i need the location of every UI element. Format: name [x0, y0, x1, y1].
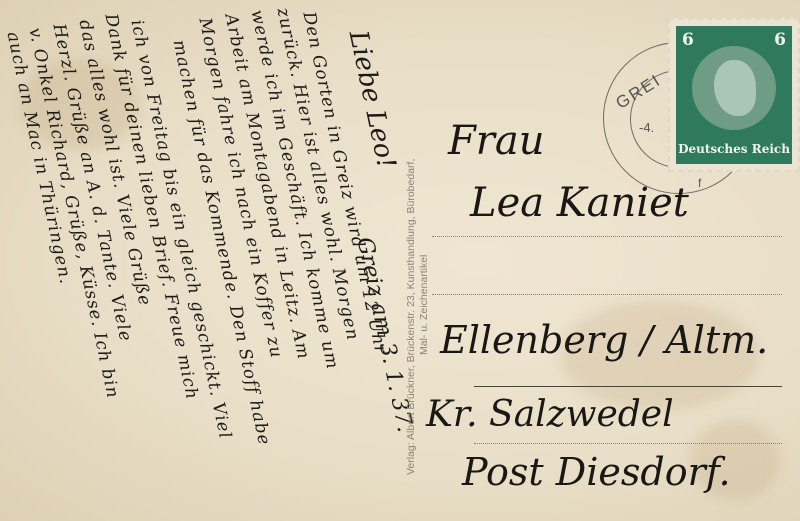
address-rule — [474, 443, 782, 444]
address-line-1: Ellenberg / Altm. — [440, 318, 768, 362]
address-name: Lea Kaniet — [470, 180, 689, 226]
address-line-2: Kr. Salzwedel — [426, 394, 674, 435]
postage-stamp: 6 6 Deutsches Reich — [668, 18, 800, 172]
postmark-date: -4. — [639, 120, 654, 135]
address-salutation: Frau — [448, 118, 544, 164]
stamp-portrait-icon — [692, 46, 776, 130]
postcard-back: Liebe Leo! Greiz am 3. 1. 37. Den Gorten… — [0, 0, 800, 521]
stamp-country: Deutsches Reich — [676, 142, 792, 156]
handwritten-message: Liebe Leo! Greiz am 3. 1. 37. Den Gorten… — [0, 0, 360, 521]
postmark-code: f — [698, 176, 701, 190]
stamp-face: 6 6 Deutsches Reich — [676, 26, 792, 164]
address-rule — [432, 236, 782, 237]
stamp-value-right: 6 — [774, 30, 786, 50]
publisher-line-1: Verlag: Albert Brückner, Brückenstr. 23,… — [405, 159, 418, 475]
address-rule — [432, 294, 782, 295]
portrait-head — [714, 60, 756, 116]
message-greeting: Liebe Leo! — [343, 28, 401, 171]
stamp-value-left: 6 — [682, 30, 694, 50]
address-line-3: Post Diesdorf. — [462, 450, 731, 494]
address-rule — [474, 386, 782, 387]
